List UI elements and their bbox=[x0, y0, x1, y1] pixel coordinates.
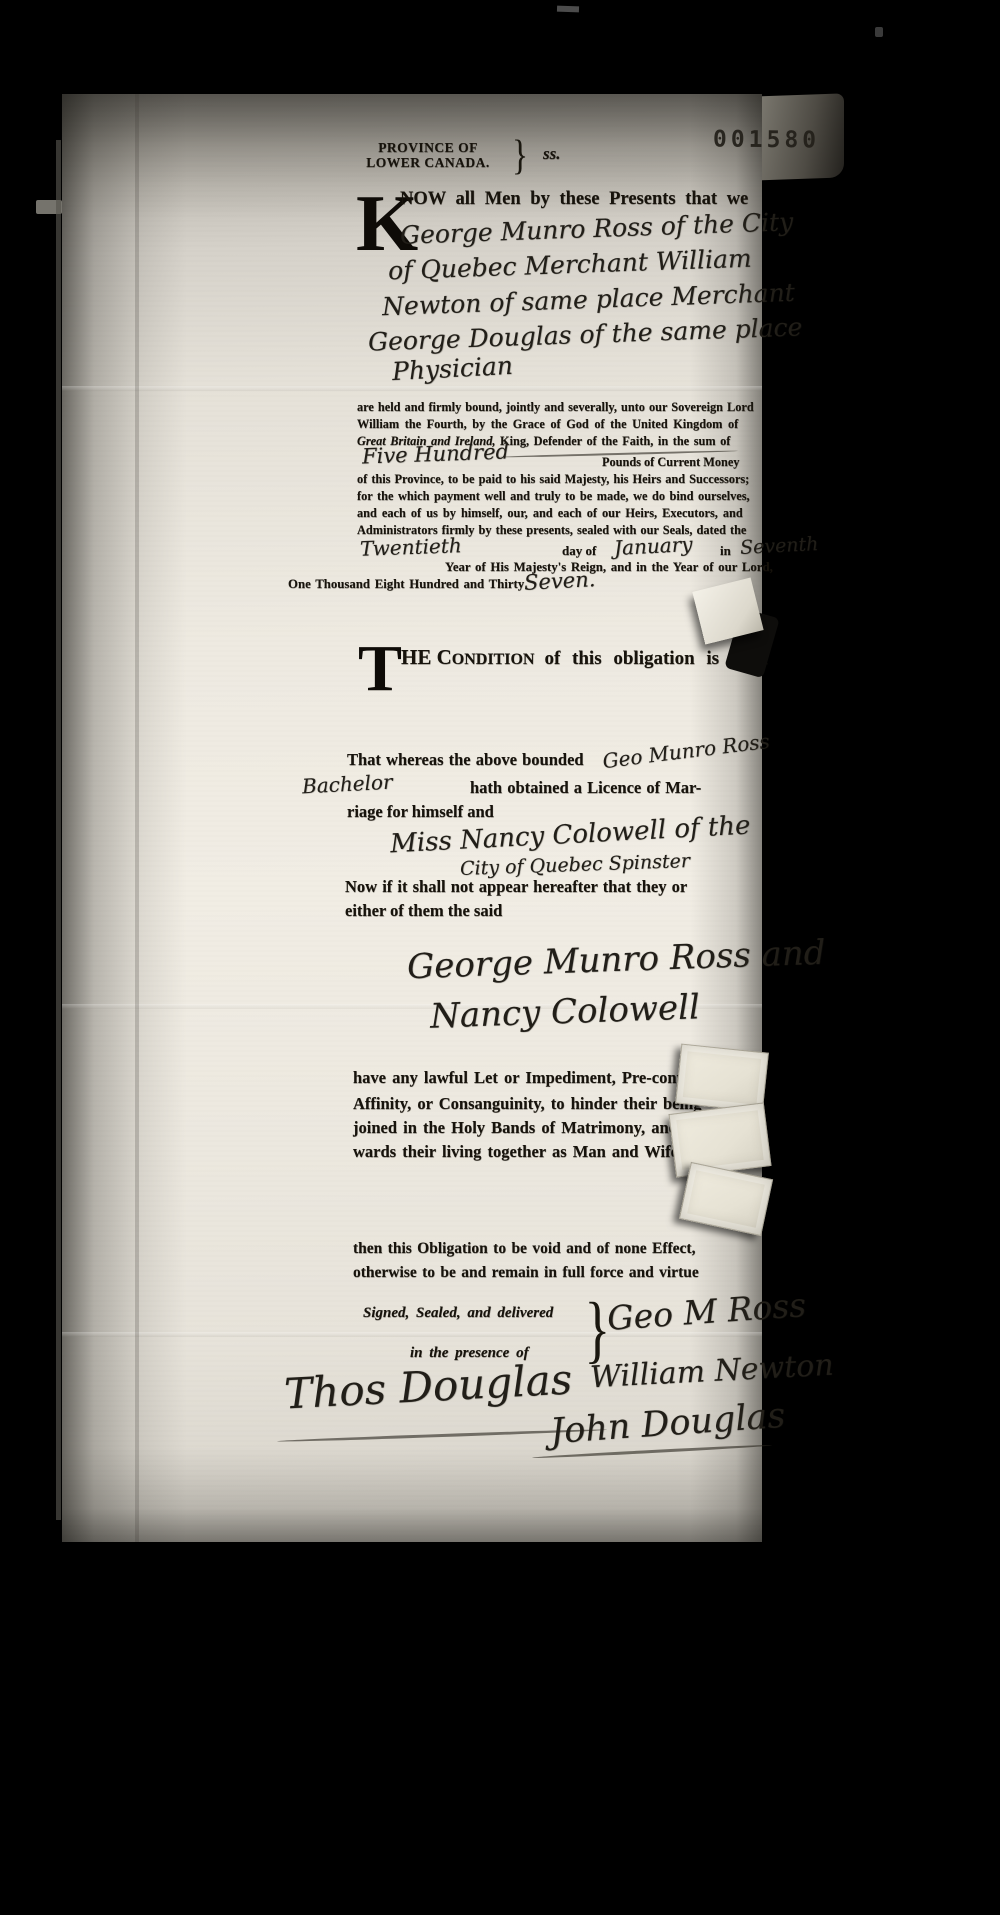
whereas-bachelor-hw: Bachelor bbox=[301, 770, 393, 799]
whereas-line-6: Now if it shall not appear hereafter tha… bbox=[345, 877, 687, 897]
whereas-groom-hw: Geo Munro Ross bbox=[601, 729, 771, 773]
bondsmen-hw-line-5: Physician bbox=[391, 351, 513, 386]
wax-wafer-seal-2 bbox=[668, 1102, 771, 1177]
opening-line: NOW all Men by these Presents that we bbox=[400, 189, 748, 210]
wax-wafer-seal-1 bbox=[675, 1044, 769, 1113]
caption-brace: } bbox=[512, 132, 528, 180]
whereas-line-7: either of them the said bbox=[345, 901, 502, 921]
bond-line-2: William the Fourth, by the Grace of God … bbox=[357, 417, 738, 432]
obligation-line-2: otherwise to be and remain in full force… bbox=[353, 1264, 699, 1282]
bond-in-label: in bbox=[720, 543, 731, 559]
jurisdiction-line1: PROVINCE OF bbox=[378, 140, 478, 155]
bond-line-11: One Thousand Eight Hundred and Thirty bbox=[288, 577, 524, 592]
ss-abbreviation: ss. bbox=[543, 144, 560, 164]
bond-sum-rest: Pounds of Current Money bbox=[602, 455, 739, 470]
witness-signature: Thos Douglas bbox=[283, 1354, 573, 1418]
condition-head-a: HE C bbox=[401, 645, 452, 669]
impediment-line-4: wards their living together as Man and W… bbox=[353, 1142, 682, 1162]
film-dust-mark bbox=[875, 27, 883, 37]
bond-line-3-rest: King, Defender of the Faith, in the sum … bbox=[495, 434, 730, 448]
fold-crease-1 bbox=[62, 386, 762, 391]
jurisdiction-line2: LOWER CANADA. bbox=[366, 155, 490, 170]
whereas-bride-residence-hw: City of Quebec Spinster bbox=[460, 850, 691, 880]
dropcap-t: T bbox=[358, 642, 402, 696]
bond-line-10: Year of His Majesty's Reign, and in the … bbox=[445, 560, 773, 575]
obligation-line-1: then this Obligation to be void and of n… bbox=[353, 1240, 695, 1258]
bond-regnal-handwritten: Seventh bbox=[739, 533, 818, 559]
bond-month-handwritten: January bbox=[613, 532, 693, 560]
whereas-line-2: hath obtained a Licence of Mar- bbox=[470, 778, 701, 798]
whereas-line-1: That whereas the above bounded bbox=[347, 750, 584, 770]
whereas-line-3: riage for himself and bbox=[347, 802, 494, 822]
paper-left-edge-sliver bbox=[56, 140, 61, 1520]
bond-line-1: are held and firmly bound, jointly and s… bbox=[357, 400, 754, 415]
bond-day-handwritten: Twentieth bbox=[360, 533, 462, 561]
jurisdiction-caption: PROVINCE OF LOWER CANADA. bbox=[357, 140, 499, 170]
fold-crease-vertical bbox=[135, 94, 139, 1542]
principal-signature-2: William Newton bbox=[589, 1348, 834, 1396]
film-scratch-mark bbox=[557, 6, 579, 13]
marriage-bond-document: PROVINCE OF LOWER CANADA. } ss. K NOW al… bbox=[62, 94, 762, 1542]
impediment-line-2: Affinity, or Consanguinity, to hinder th… bbox=[353, 1094, 701, 1114]
bond-year-handwritten: Seven. bbox=[523, 567, 595, 595]
groom-name-hw: George Munro Ross and bbox=[406, 933, 826, 988]
bond-sum-handwritten: Five Hundred bbox=[362, 439, 510, 468]
bond-line-6: for the which payment well and truly to … bbox=[357, 489, 750, 504]
bond-line-7: and each of us by himself, our, and each… bbox=[357, 506, 743, 521]
condition-head-b: ONDITION bbox=[452, 651, 535, 668]
bondsmen-hw-line-2: of Quebec Merchant William bbox=[388, 244, 752, 286]
principal-signature-3: John Douglas bbox=[549, 1396, 787, 1452]
bride-name-hw: Nancy Colowell bbox=[429, 987, 700, 1036]
condition-heading: HE CONDITIONof this obligation is such bbox=[401, 645, 768, 670]
microfilm-frame: 001580 PROVINCE OF LOWER CANADA. } ss. K… bbox=[0, 0, 1000, 1915]
bond-line-5: of this Province, to be paid to his said… bbox=[357, 472, 749, 487]
impediment-line-3: joined in the Holy Bands of Matrimony, a… bbox=[353, 1118, 723, 1138]
principal-signature-1: Geo M Ross bbox=[606, 1285, 807, 1338]
bond-day-of-label: day of bbox=[562, 543, 596, 559]
stamp-number: 001580 bbox=[713, 126, 820, 153]
impediment-line-1: have any lawful Let or Impediment, Pre-c… bbox=[353, 1068, 715, 1088]
attestation-line-1: Signed, Sealed, and delivered bbox=[363, 1305, 553, 1322]
